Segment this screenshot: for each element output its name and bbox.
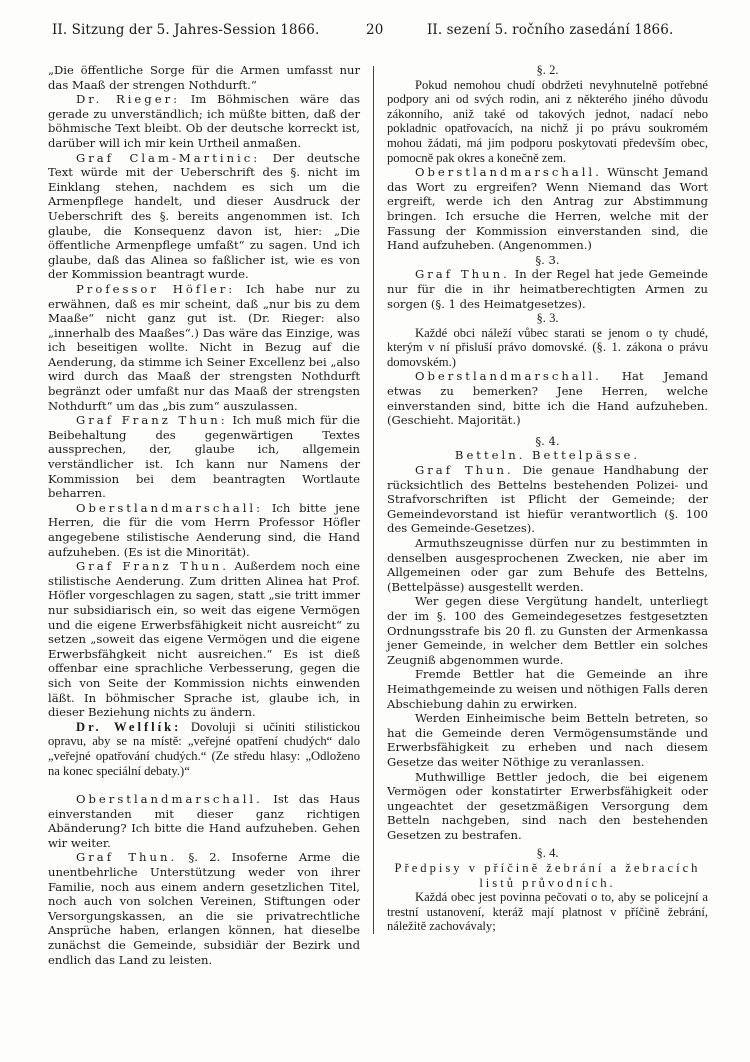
section-heading: §. 4. bbox=[387, 434, 708, 449]
speaker-name: Graf Thun. bbox=[76, 850, 177, 864]
speaker-name: Dr. Rieger: bbox=[76, 92, 180, 106]
speaker-name: Oberstlandmarschall. bbox=[76, 792, 263, 806]
section-heading: §. 3. bbox=[387, 311, 708, 326]
section-title: Betteln. Bettelpässe. bbox=[387, 448, 708, 463]
paragraph: Dr. Welflík: Dovoluji si učiniti stilist… bbox=[48, 720, 360, 778]
speaker-name: Graf Clam-Martinic: bbox=[76, 151, 260, 165]
paragraph: Armuthszeugnisse dürfen nur zu bestimmte… bbox=[387, 536, 708, 594]
paragraph: Wer gegen diese Vergütung handelt, unter… bbox=[387, 594, 708, 667]
section-heading: §. 4. bbox=[387, 846, 708, 861]
paragraph: Pokud nemohou chudí obdržeti nevyhnuteln… bbox=[387, 78, 708, 166]
page-header: II. Sitzung der 5. Jahres-Session 1866. … bbox=[0, 22, 750, 42]
paragraph: Professor Höfler: Ich habe nur zu erwähn… bbox=[48, 282, 360, 413]
paragraph: Graf Clam-Martinic: Der deutsche Text wü… bbox=[48, 151, 360, 282]
speaker-name: Oberstlandmarschall. bbox=[415, 369, 602, 383]
paragraph: Graf Franz Thun: Ich muß mich für die Be… bbox=[48, 413, 360, 501]
spacer bbox=[48, 778, 360, 792]
paragraph: Fremde Bettler hat die Gemeinde an ihre … bbox=[387, 667, 708, 711]
paragraph: Graf Thun. Die genaue Handhabung der rüc… bbox=[387, 463, 708, 536]
paragraph: Werden Einheimische beim Betteln betrete… bbox=[387, 711, 708, 769]
section-title: Předpisy v příčině žebrání a žebracích l… bbox=[387, 861, 708, 890]
speaker-name: Graf Franz Thun. bbox=[76, 559, 229, 573]
paragraph: Oberstlandmarschall: Ich bitte jene Herr… bbox=[48, 501, 360, 559]
speaker-name: Professor Höfler: bbox=[76, 282, 235, 296]
speaker-name: Graf Thun. bbox=[415, 267, 510, 281]
section-heading: §. 3. bbox=[387, 253, 708, 268]
paragraph: Dr. Rieger: Im Böhmischen wäre das gerad… bbox=[48, 92, 360, 150]
page-number: 20 bbox=[366, 22, 383, 38]
column-divider bbox=[373, 66, 374, 934]
speaker-name: Oberstlandmarschall: bbox=[76, 501, 263, 515]
paragraph: Oberstlandmarschall. Wünscht Jemand das … bbox=[387, 165, 708, 253]
left-column: „Die öffentliche Sorge für die Armen umf… bbox=[48, 63, 360, 967]
speaker-name: Graf Thun. bbox=[415, 463, 514, 477]
paragraph: Graf Thun. In der Regel hat jede Gemeind… bbox=[387, 267, 708, 311]
section-heading: §. 2. bbox=[387, 63, 708, 78]
paragraph: Oberstlandmarschall. Hat Jemand etwas zu… bbox=[387, 369, 708, 427]
header-german-title: II. Sitzung der 5. Jahres-Session 1866. bbox=[52, 22, 319, 38]
paragraph: Graf Thun. §. 2. Insoferne Arme die unen… bbox=[48, 850, 360, 967]
header-czech-title: II. sezení 5. ročního zasedání 1866. bbox=[427, 22, 673, 38]
paragraph: Oberstlandmarschall. Ist das Haus einver… bbox=[48, 792, 360, 850]
paragraph: „Die öffentliche Sorge für die Armen umf… bbox=[48, 63, 360, 92]
paragraph: Každé obci náleží vůbec starati se jenom… bbox=[387, 326, 708, 370]
speaker-name: Dr. Welflík: bbox=[76, 720, 181, 734]
paragraph: Každá obec jest povinna pečovati o to, a… bbox=[387, 890, 708, 934]
paragraph: Muthwillige Bettler jedoch, die bei eige… bbox=[387, 770, 708, 843]
paragraph: Graf Franz Thun. Außerdem noch eine stil… bbox=[48, 559, 360, 720]
speaker-name: Oberstlandmarschall. bbox=[415, 165, 602, 179]
speaker-name: Graf Franz Thun: bbox=[76, 413, 228, 427]
right-column: §. 2. Pokud nemohou chudí obdržeti nevyh… bbox=[387, 63, 708, 934]
